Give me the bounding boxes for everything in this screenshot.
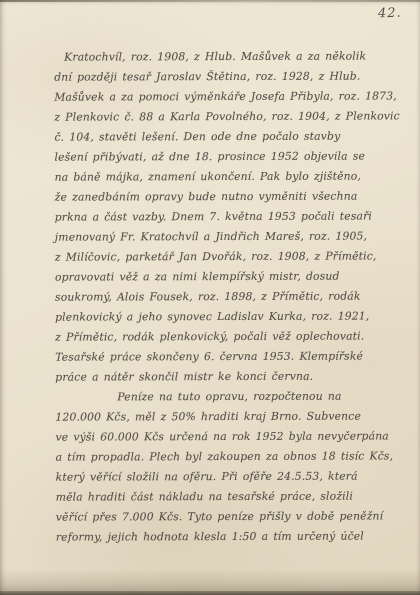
page-bottom-curl-shadow — [0, 569, 420, 595]
page-number: 42. — [378, 6, 402, 22]
handwritten-line: lešení přibývati, až dne 18. prosince 19… — [54, 146, 404, 167]
handwritten-line: Kratochvíl, roz. 1908, z Hlub. Mašůvek a… — [54, 46, 404, 67]
scan-top-edge-shadow — [0, 0, 420, 2]
handwritten-line: č. 104, stavěti lešení. Den ode dne poča… — [54, 126, 404, 147]
handwritten-line: který věřící složili na ofěru. Při ofěře… — [56, 466, 406, 487]
handwritten-line: soukromý, Alois Fousek, roz. 1898, z Pří… — [55, 286, 405, 307]
handwritten-line: věřící přes 7.000 Kčs. Tyto peníze přišl… — [56, 506, 406, 527]
handwritten-line: Mašůvek a za pomoci výměnkáře Josefa Při… — [54, 86, 404, 107]
handwritten-line: z Milíčovic, parketář Jan Dvořák, roz. 1… — [55, 246, 405, 267]
handwritten-line: plenkovický a jeho synovec Ladislav Kurk… — [55, 306, 405, 327]
scan-bottom-edge-shadow — [0, 591, 420, 595]
handwritten-line: z Přímětic, rodák plenkovický, počali vě… — [55, 326, 405, 347]
handwritten-line: jmenovaný Fr. Kratochvíl a Jindřich Mare… — [55, 226, 405, 247]
handwritten-line: prkna a část vazby. Dnem 7. května 1953 … — [55, 206, 405, 227]
handwriting-block: Kratochvíl, roz. 1908, z Hlub. Mašůvek a… — [54, 46, 406, 547]
handwritten-line: ve výši 60.000 Kčs určená na rok 1952 by… — [55, 426, 405, 447]
handwritten-line: z Plenkovic č. 88 a Karla Povolného, roz… — [54, 106, 404, 127]
handwritten-line: že zanedbáním opravy bude nutno vyměniti… — [55, 186, 405, 207]
handwritten-line: Peníze na tuto opravu, rozpočtenou na — [55, 386, 405, 407]
handwritten-line: Tesařské práce skončeny 6. června 1953. … — [55, 346, 405, 367]
scanned-page: 42. Kratochvíl, roz. 1908, z Hlub. Mašův… — [0, 0, 420, 595]
handwritten-line: práce a nátěr skončil mistr ke konci čer… — [55, 366, 405, 387]
handwritten-line: měla hraditi část nákladu na tesařské pr… — [56, 486, 406, 507]
handwritten-line: a tím propadla. Plech byl zakoupen za ob… — [56, 446, 406, 467]
handwritten-line: 120.000 Kčs, měl z 50% hraditi kraj Brno… — [55, 406, 405, 427]
handwritten-line: dní později tesař Jaroslav Štětina, roz.… — [54, 66, 404, 87]
handwritten-line: na báně májka, znamení ukončení. Pak byl… — [55, 166, 405, 187]
handwritten-line: reformy, jejich hodnota klesla 1:50 a tí… — [56, 526, 406, 547]
handwritten-line: opravovati věž a za nimi klempířský mist… — [55, 266, 405, 287]
